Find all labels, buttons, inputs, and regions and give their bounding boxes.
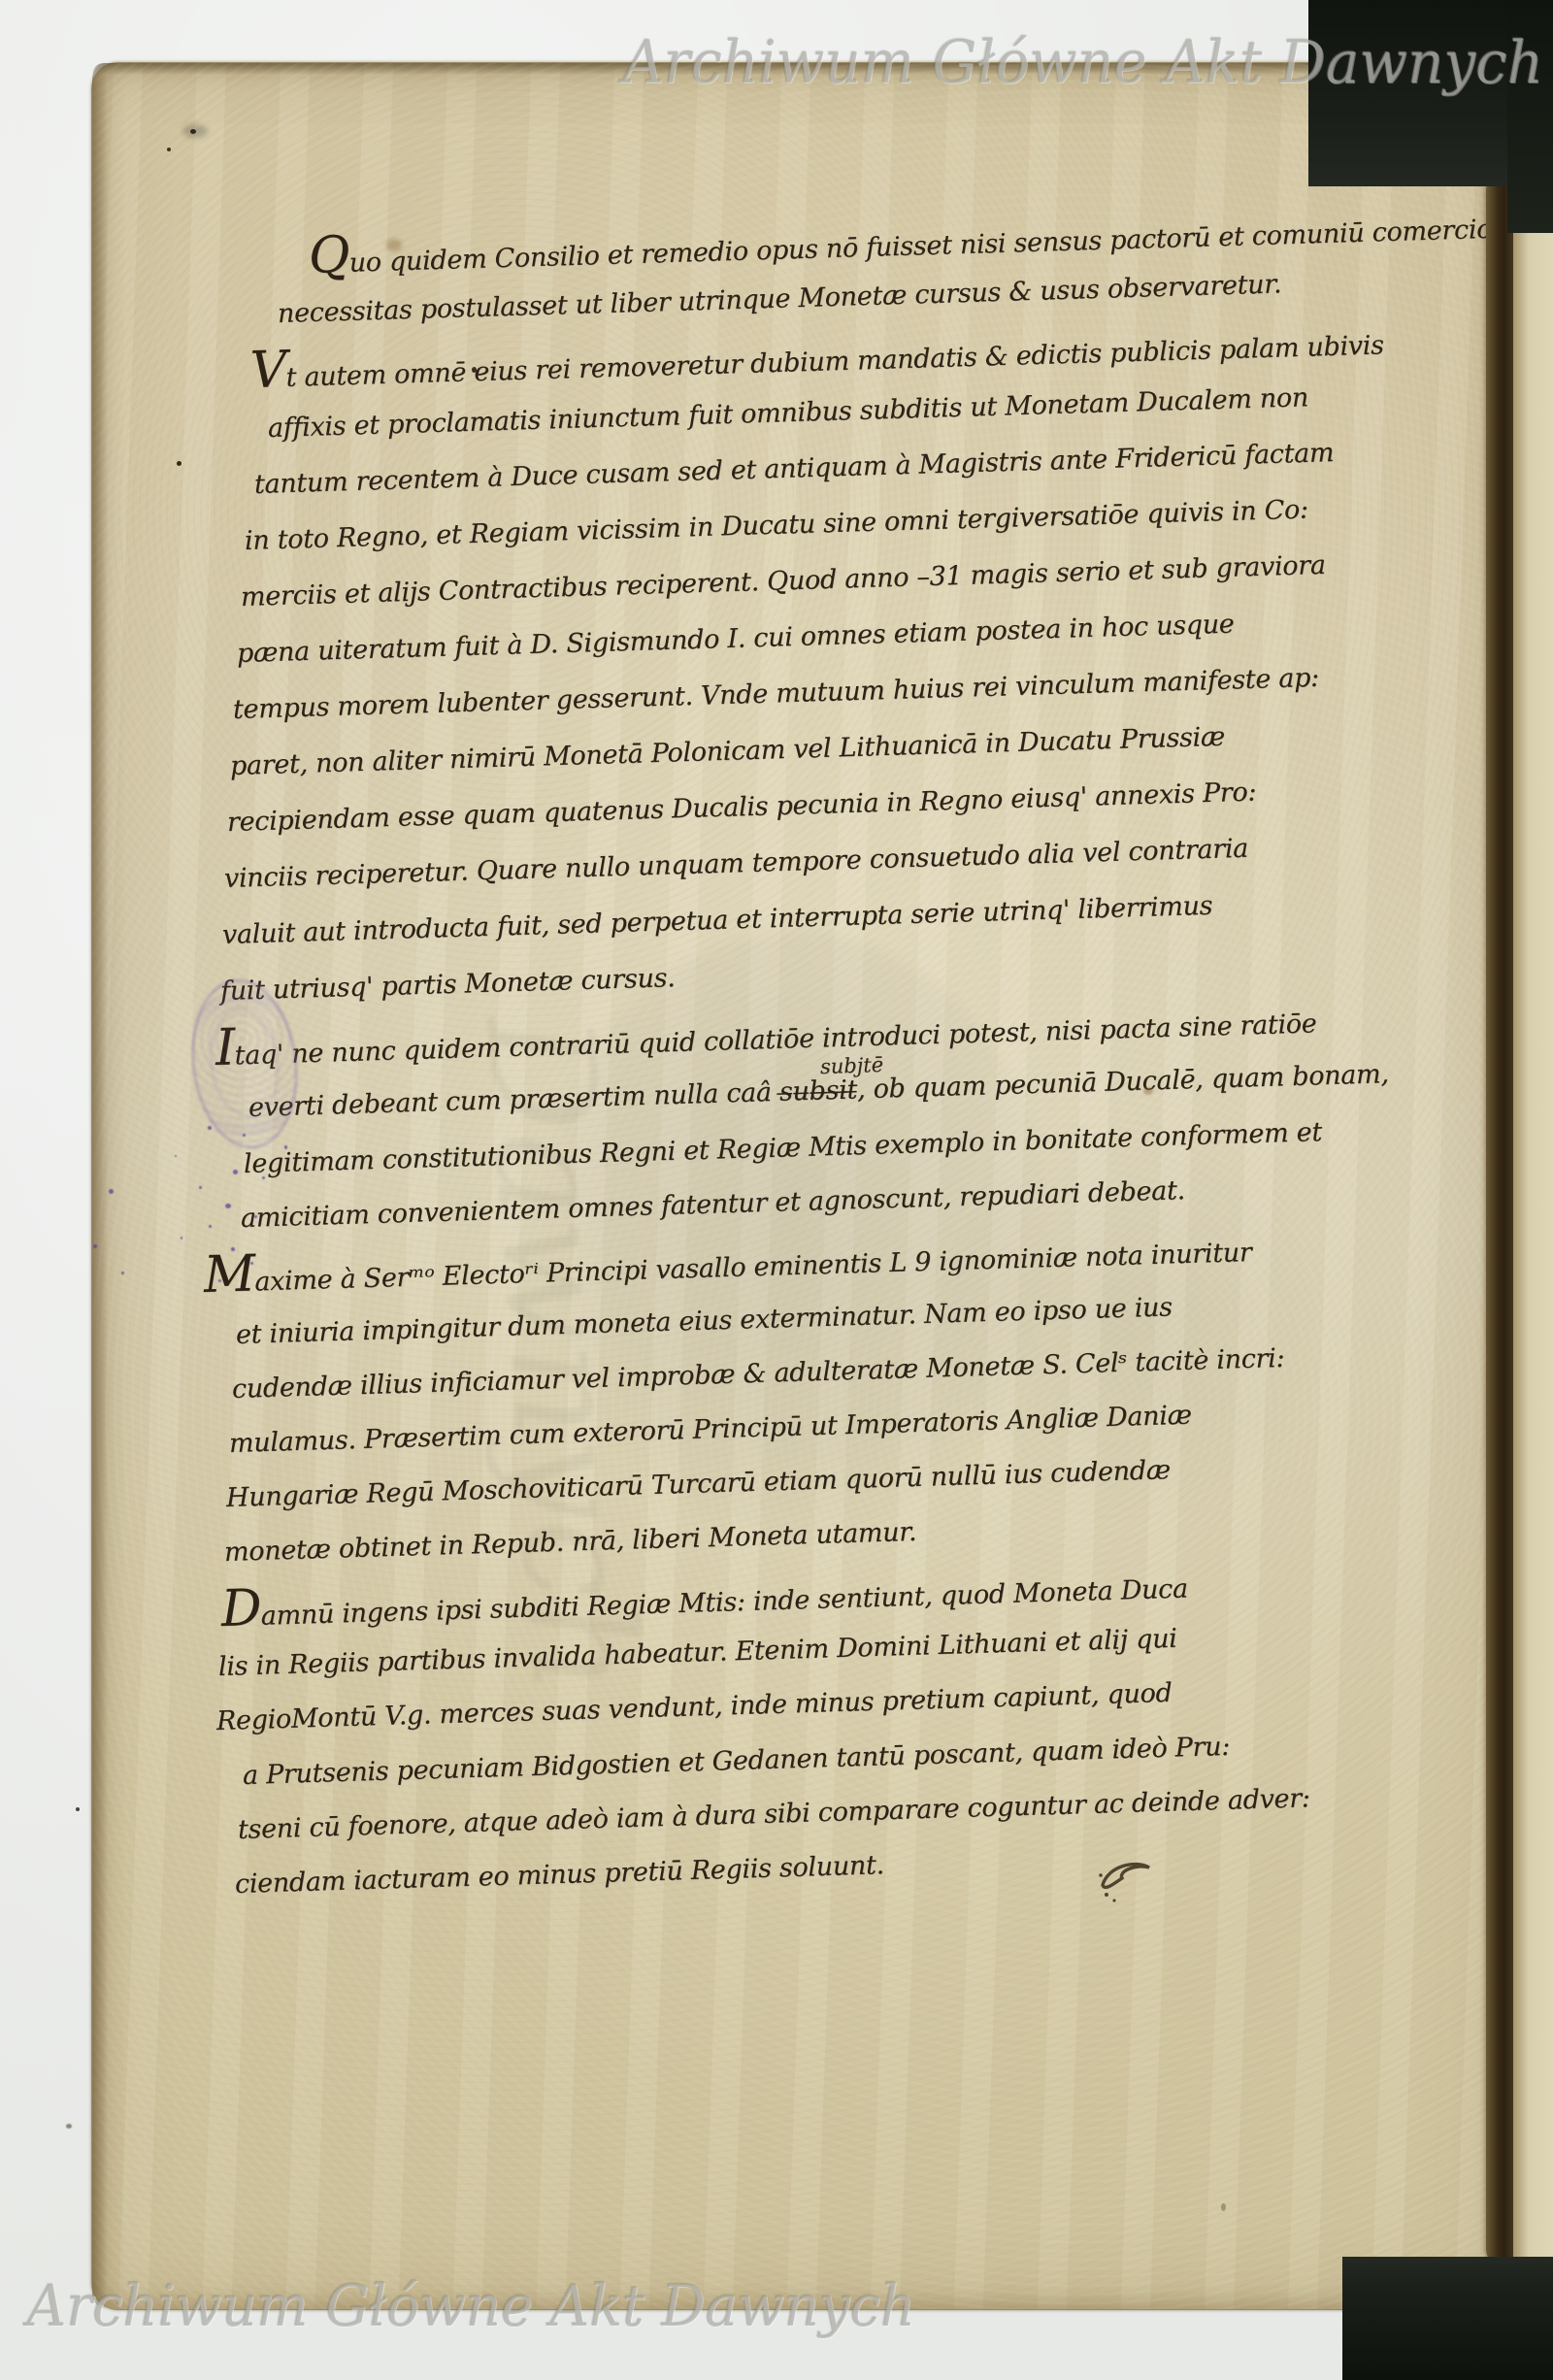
manuscript-line: fuit utriusq' partis Monetæ cursus.: [220, 963, 676, 1007]
manuscript-line: necessitas postulasset ut liber utrinque…: [278, 269, 1282, 329]
manuscript-line: recipiendam esse quam quatenus Ducalis p…: [227, 777, 1257, 838]
manuscript-line: in toto Regno, et Regiam vicissim in Duc…: [245, 494, 1309, 556]
manuscript-line: a Prutsenis pecuniam Bidgostien et Gedan…: [243, 1732, 1231, 1791]
manuscript-line: amicitiam convenientem omnes fatentur et…: [241, 1175, 1186, 1234]
manuscript-line: everti debeant cum præsertim nulla caâ s…: [248, 1059, 1390, 1123]
watermark-bottom-text: Archiwum Główne Akt Dawnych: [27, 2273, 915, 2339]
manuscript-line: Vt autem omnē eius rei removeretur dubiu…: [249, 323, 1384, 394]
manuscript-line: tseni cū foenore, atque adeò iam à dura …: [238, 1783, 1311, 1845]
manuscript-line: RegioMontū V.g. merces suas vendunt, ind…: [216, 1678, 1173, 1736]
manuscript-line: affixis et proclamatis iniunctum fuit om…: [268, 382, 1309, 444]
manuscript-line: Damnū ingens ipsi subditi Regiæ Mtis: in…: [220, 1567, 1188, 1633]
facing-page-edge: [1513, 202, 1553, 2260]
manuscript-text-layer: Quo quidem Consilio et remedio opus nō f…: [0, 0, 1553, 2380]
manuscript-line: tantum recentem à Duce cusam sed et anti…: [254, 438, 1335, 500]
manuscript-line: pæna uiteratum fuit à D. Sigismundo I. c…: [237, 610, 1235, 669]
manuscript-line: vinciis reciperetur. Quare nullo unquam …: [224, 834, 1249, 894]
cover-black-bottom: [1342, 2257, 1553, 2380]
archive-stamp-inner-ring: [204, 1005, 284, 1121]
manuscript-line: et iniuria impingitur dum moneta eius ex…: [236, 1292, 1173, 1350]
manuscript-line: paret, non aliter nimirū Monetā Polonica…: [230, 722, 1226, 781]
manuscript-line: Maxime à Serᵐᵒ Electoʳⁱ Principi vasallo…: [203, 1231, 1251, 1299]
manuscript-line: cudendæ illius inficiamur vel improbæ & …: [232, 1343, 1285, 1405]
watermark-top-text: Archiwum Główne Akt Dawnych: [623, 27, 1543, 96]
manuscript-line: Quo quidem Consilio et remedio opus nō f…: [308, 206, 1545, 280]
interlinear-insertion: subjtē: [820, 1053, 884, 1078]
manuscript-line: ciendam iacturam eo minus pretiū Regiis …: [235, 1850, 885, 1900]
ink-flourish: [1089, 1852, 1176, 1910]
manuscript-line: mulamus. Præsertim cum exterorū Principū…: [229, 1401, 1193, 1459]
book-gutter: [1486, 177, 1515, 2264]
manuscript-line: lis in Regiis partibus invalida habeatur…: [218, 1624, 1177, 1682]
manuscript-line: legitimam constitutionibus Regni et Regi…: [244, 1117, 1323, 1179]
manuscript-line: tempus morem lubenter gesserunt. Vnde mu…: [233, 663, 1320, 725]
manuscript-line: merciis et alijs Contractibus reciperent…: [241, 550, 1327, 612]
manuscript-line: monetæ obtinet in Repub. nrā, liberi Mon…: [224, 1517, 917, 1568]
scanner-background: { "watermarks": { "top": "Archiwum Główn…: [0, 0, 1553, 2380]
manuscript-line: valuit aut introducta fuit, sed perpetua…: [222, 891, 1213, 950]
manuscript-line: Hungariæ Regū Moschoviticarū Turcarū eti…: [226, 1455, 1172, 1513]
manuscript-line: Itaq' ne nunc quidem contrariū quid coll…: [215, 1002, 1316, 1072]
